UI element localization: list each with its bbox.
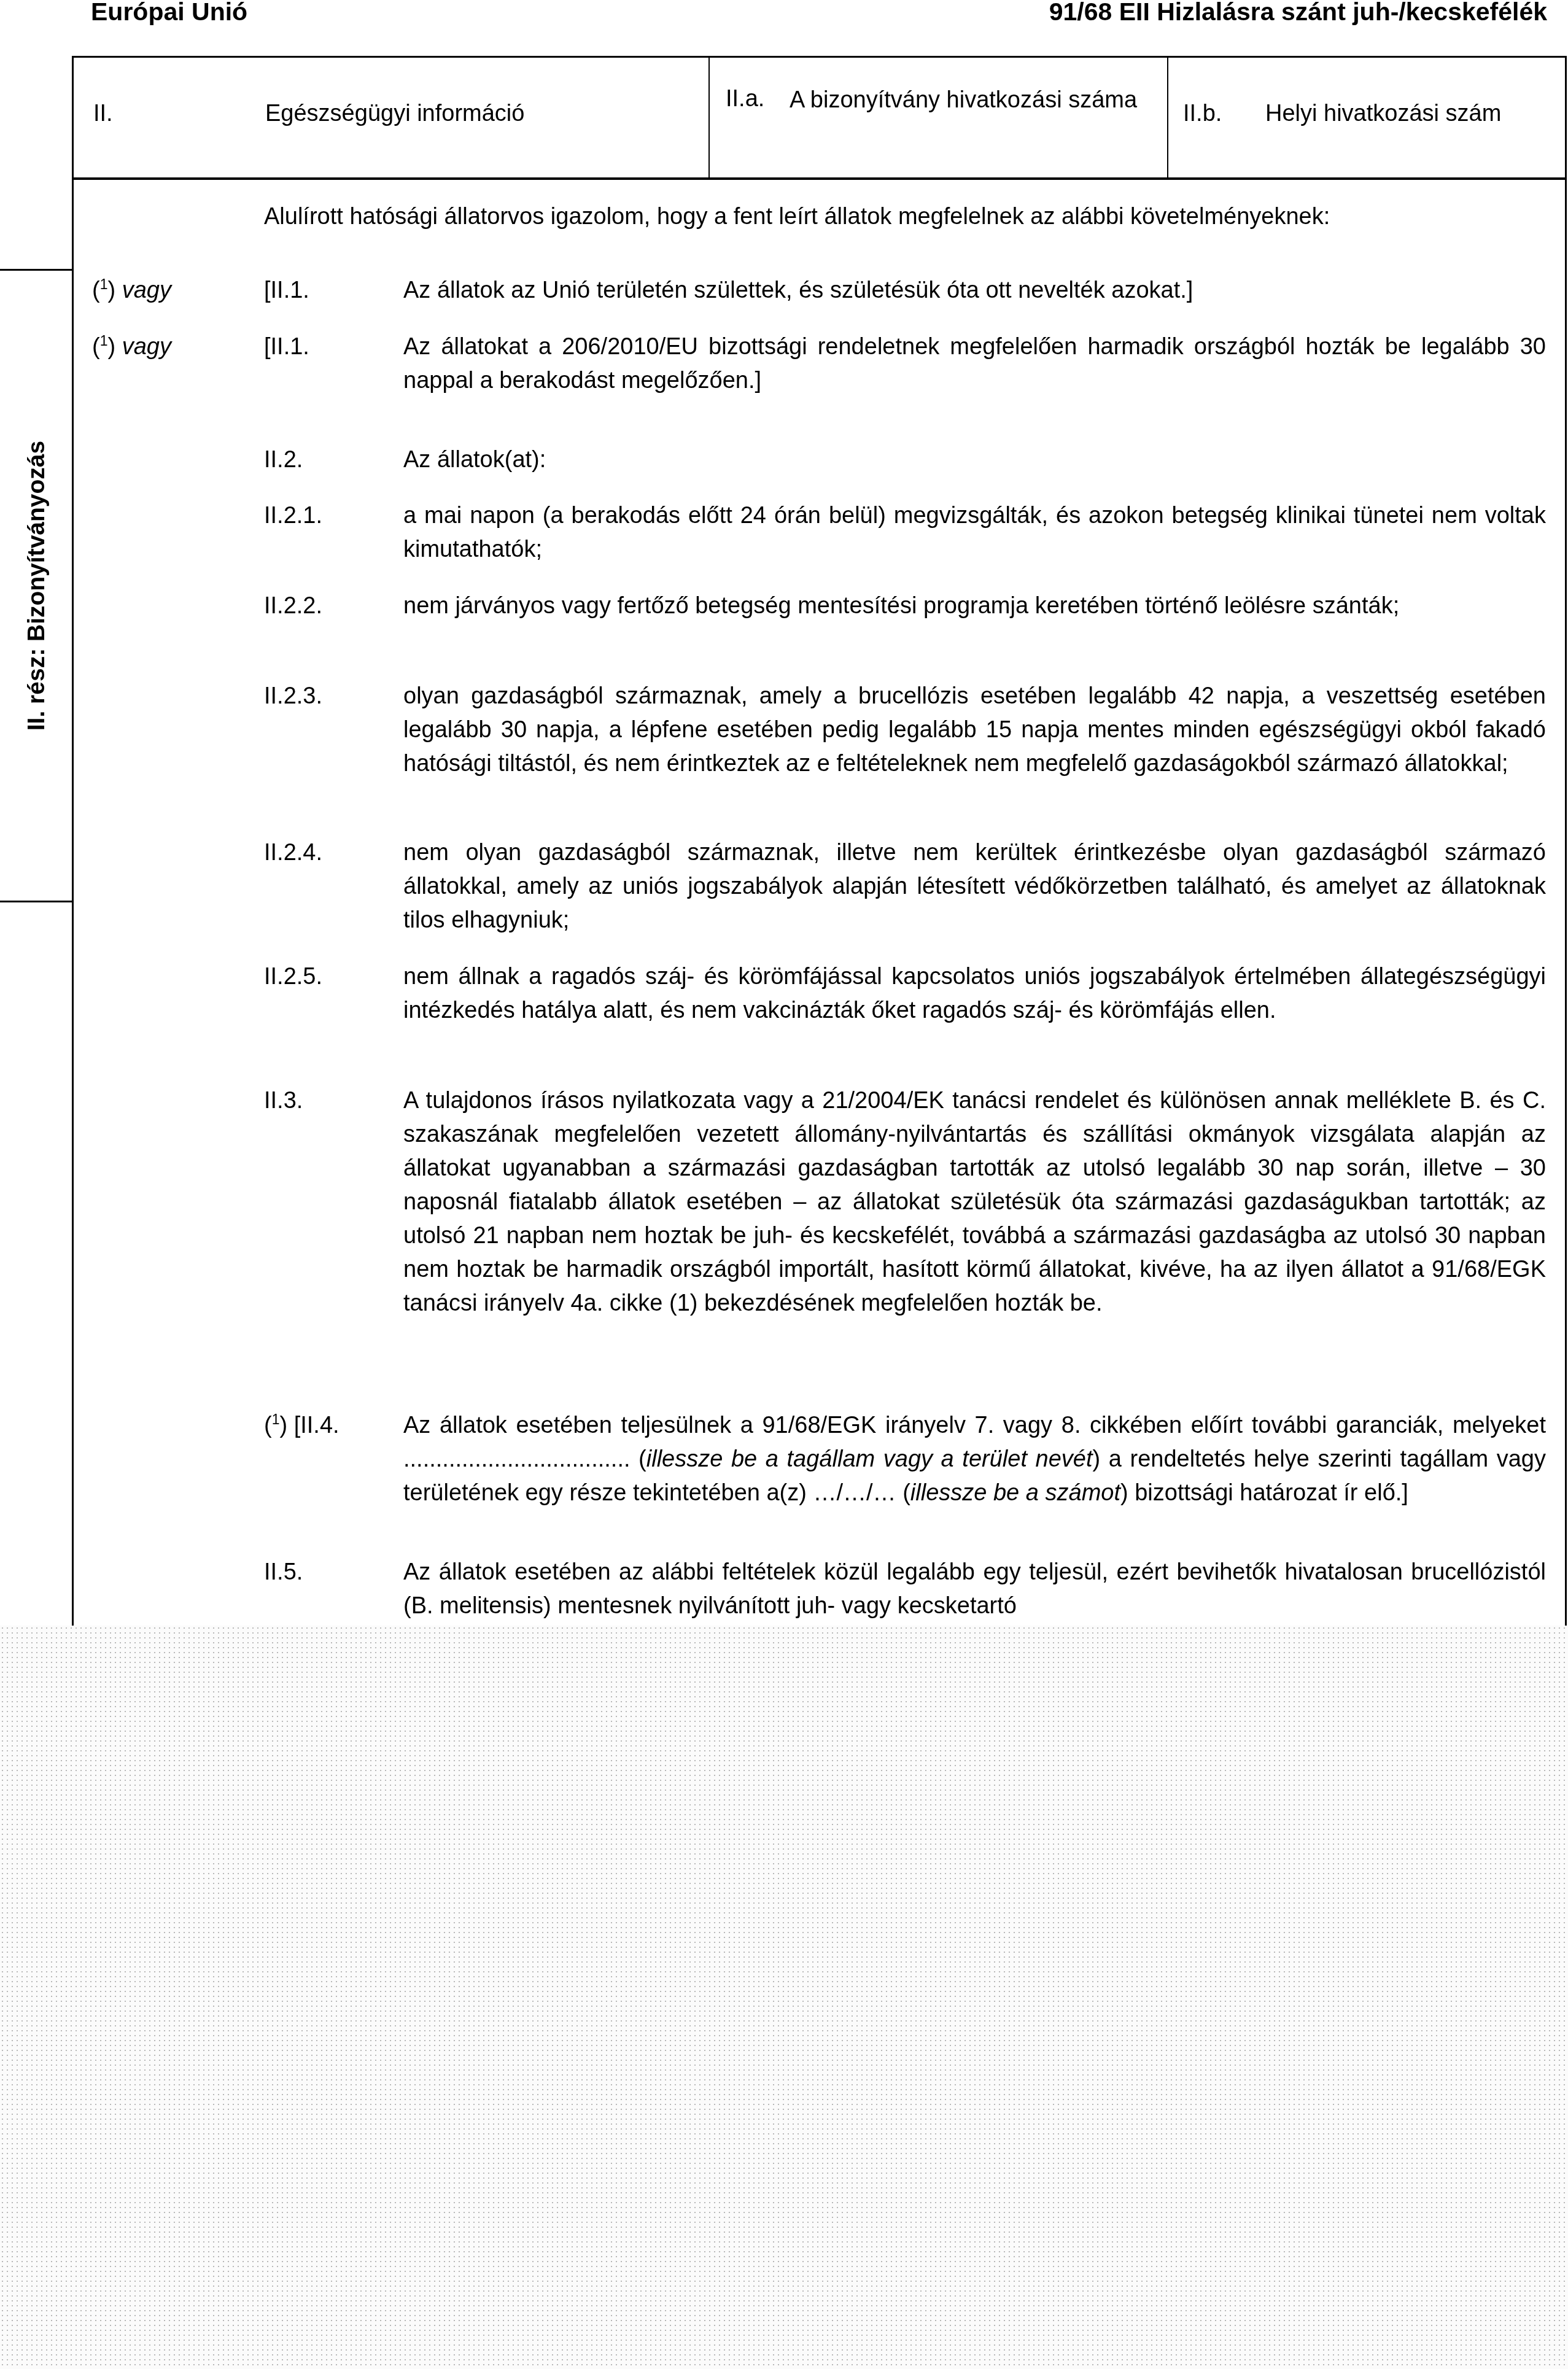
clause-code: [II.1. xyxy=(264,274,309,308)
section-title: Egészségügyi információ xyxy=(265,101,524,127)
intro-paragraph: Alulírott hatósági állatorvos igazolom, … xyxy=(264,200,1546,234)
page-header-right: 91/68 EII Hizlalásra szánt juh-/kecskefé… xyxy=(1049,0,1547,27)
clause-text: Az állatok esetében teljesülnek a 91/68/… xyxy=(403,1409,1546,1510)
clause-code: II.2.2. xyxy=(264,589,322,623)
unrendered-page-area xyxy=(0,1626,1568,2369)
clause-text: olyan gazdaságból származnak, amely a br… xyxy=(403,680,1546,781)
clause-code: II.2.1. xyxy=(264,499,322,533)
clause-prefix: (1) vagy xyxy=(92,274,171,308)
clause-code: (1) [II.4. xyxy=(264,1409,340,1443)
local-reference-number: II.b. xyxy=(1183,101,1222,127)
clause-code: II.2.4. xyxy=(264,836,322,870)
clause-text: A tulajdonos írásos nyilatkozata vagy a … xyxy=(403,1084,1546,1320)
local-reference-label: Helyi hivatkozási szám xyxy=(1265,101,1501,127)
local-reference-cell: II.b. Helyi hivatkozási szám xyxy=(1168,58,1565,177)
clause-text: Az állatok(at): xyxy=(403,443,1546,477)
clause-code: II.2.3. xyxy=(264,680,322,713)
clause-text: nem olyan gazdaságból származnak, illetv… xyxy=(403,836,1546,937)
clause-text: a mai napon (a berakodás előtt 24 órán b… xyxy=(403,499,1546,567)
clause-code: II.2. xyxy=(264,443,303,477)
clause-code: II.3. xyxy=(264,1084,303,1118)
side-label: II. rész: Bizonyítványozás xyxy=(23,441,50,731)
clause-code: II.2.5. xyxy=(264,960,322,994)
page-header: Európai Unió 91/68 EII Hizlalásra szánt … xyxy=(91,0,1547,31)
clause-code: [II.1. xyxy=(264,330,309,364)
table-header-row: II. Egészségügyi információ II.a. A bizo… xyxy=(74,58,1565,180)
clause-text: Az állatok az Unió területén születtek, … xyxy=(403,274,1546,308)
clause-text: nem járványos vagy fertőző betegség ment… xyxy=(403,589,1546,623)
placeholder-instruction: illessze be a tagállam vagy a terület ne… xyxy=(646,1446,1093,1472)
page-header-left: Európai Unió xyxy=(91,0,247,27)
clause-text: Az állatokat a 206/2010/EU bizottsági re… xyxy=(403,330,1546,398)
side-label-box: II. rész: Bizonyítványozás xyxy=(0,269,74,902)
clause-prefix: (1) vagy xyxy=(92,330,171,364)
clause-text: nem állnak a ragadós száj- és körömfájás… xyxy=(403,960,1546,1028)
clause-code: II.5. xyxy=(264,1556,303,1589)
clause-text: Az állatok esetében az alábbi feltételek… xyxy=(403,1556,1546,1623)
certificate-reference-cell: II.a. A bizonyítvány hivatkozási száma xyxy=(710,58,1168,177)
section-title-cell: II. Egészségügyi információ xyxy=(74,58,710,177)
certificate-reference-number: II.a. xyxy=(726,86,764,112)
placeholder-instruction: illessze be a számot xyxy=(910,1480,1120,1506)
certificate-reference-label: A bizonyítvány hivatkozási száma xyxy=(790,86,1152,114)
section-number: II. xyxy=(93,101,113,127)
